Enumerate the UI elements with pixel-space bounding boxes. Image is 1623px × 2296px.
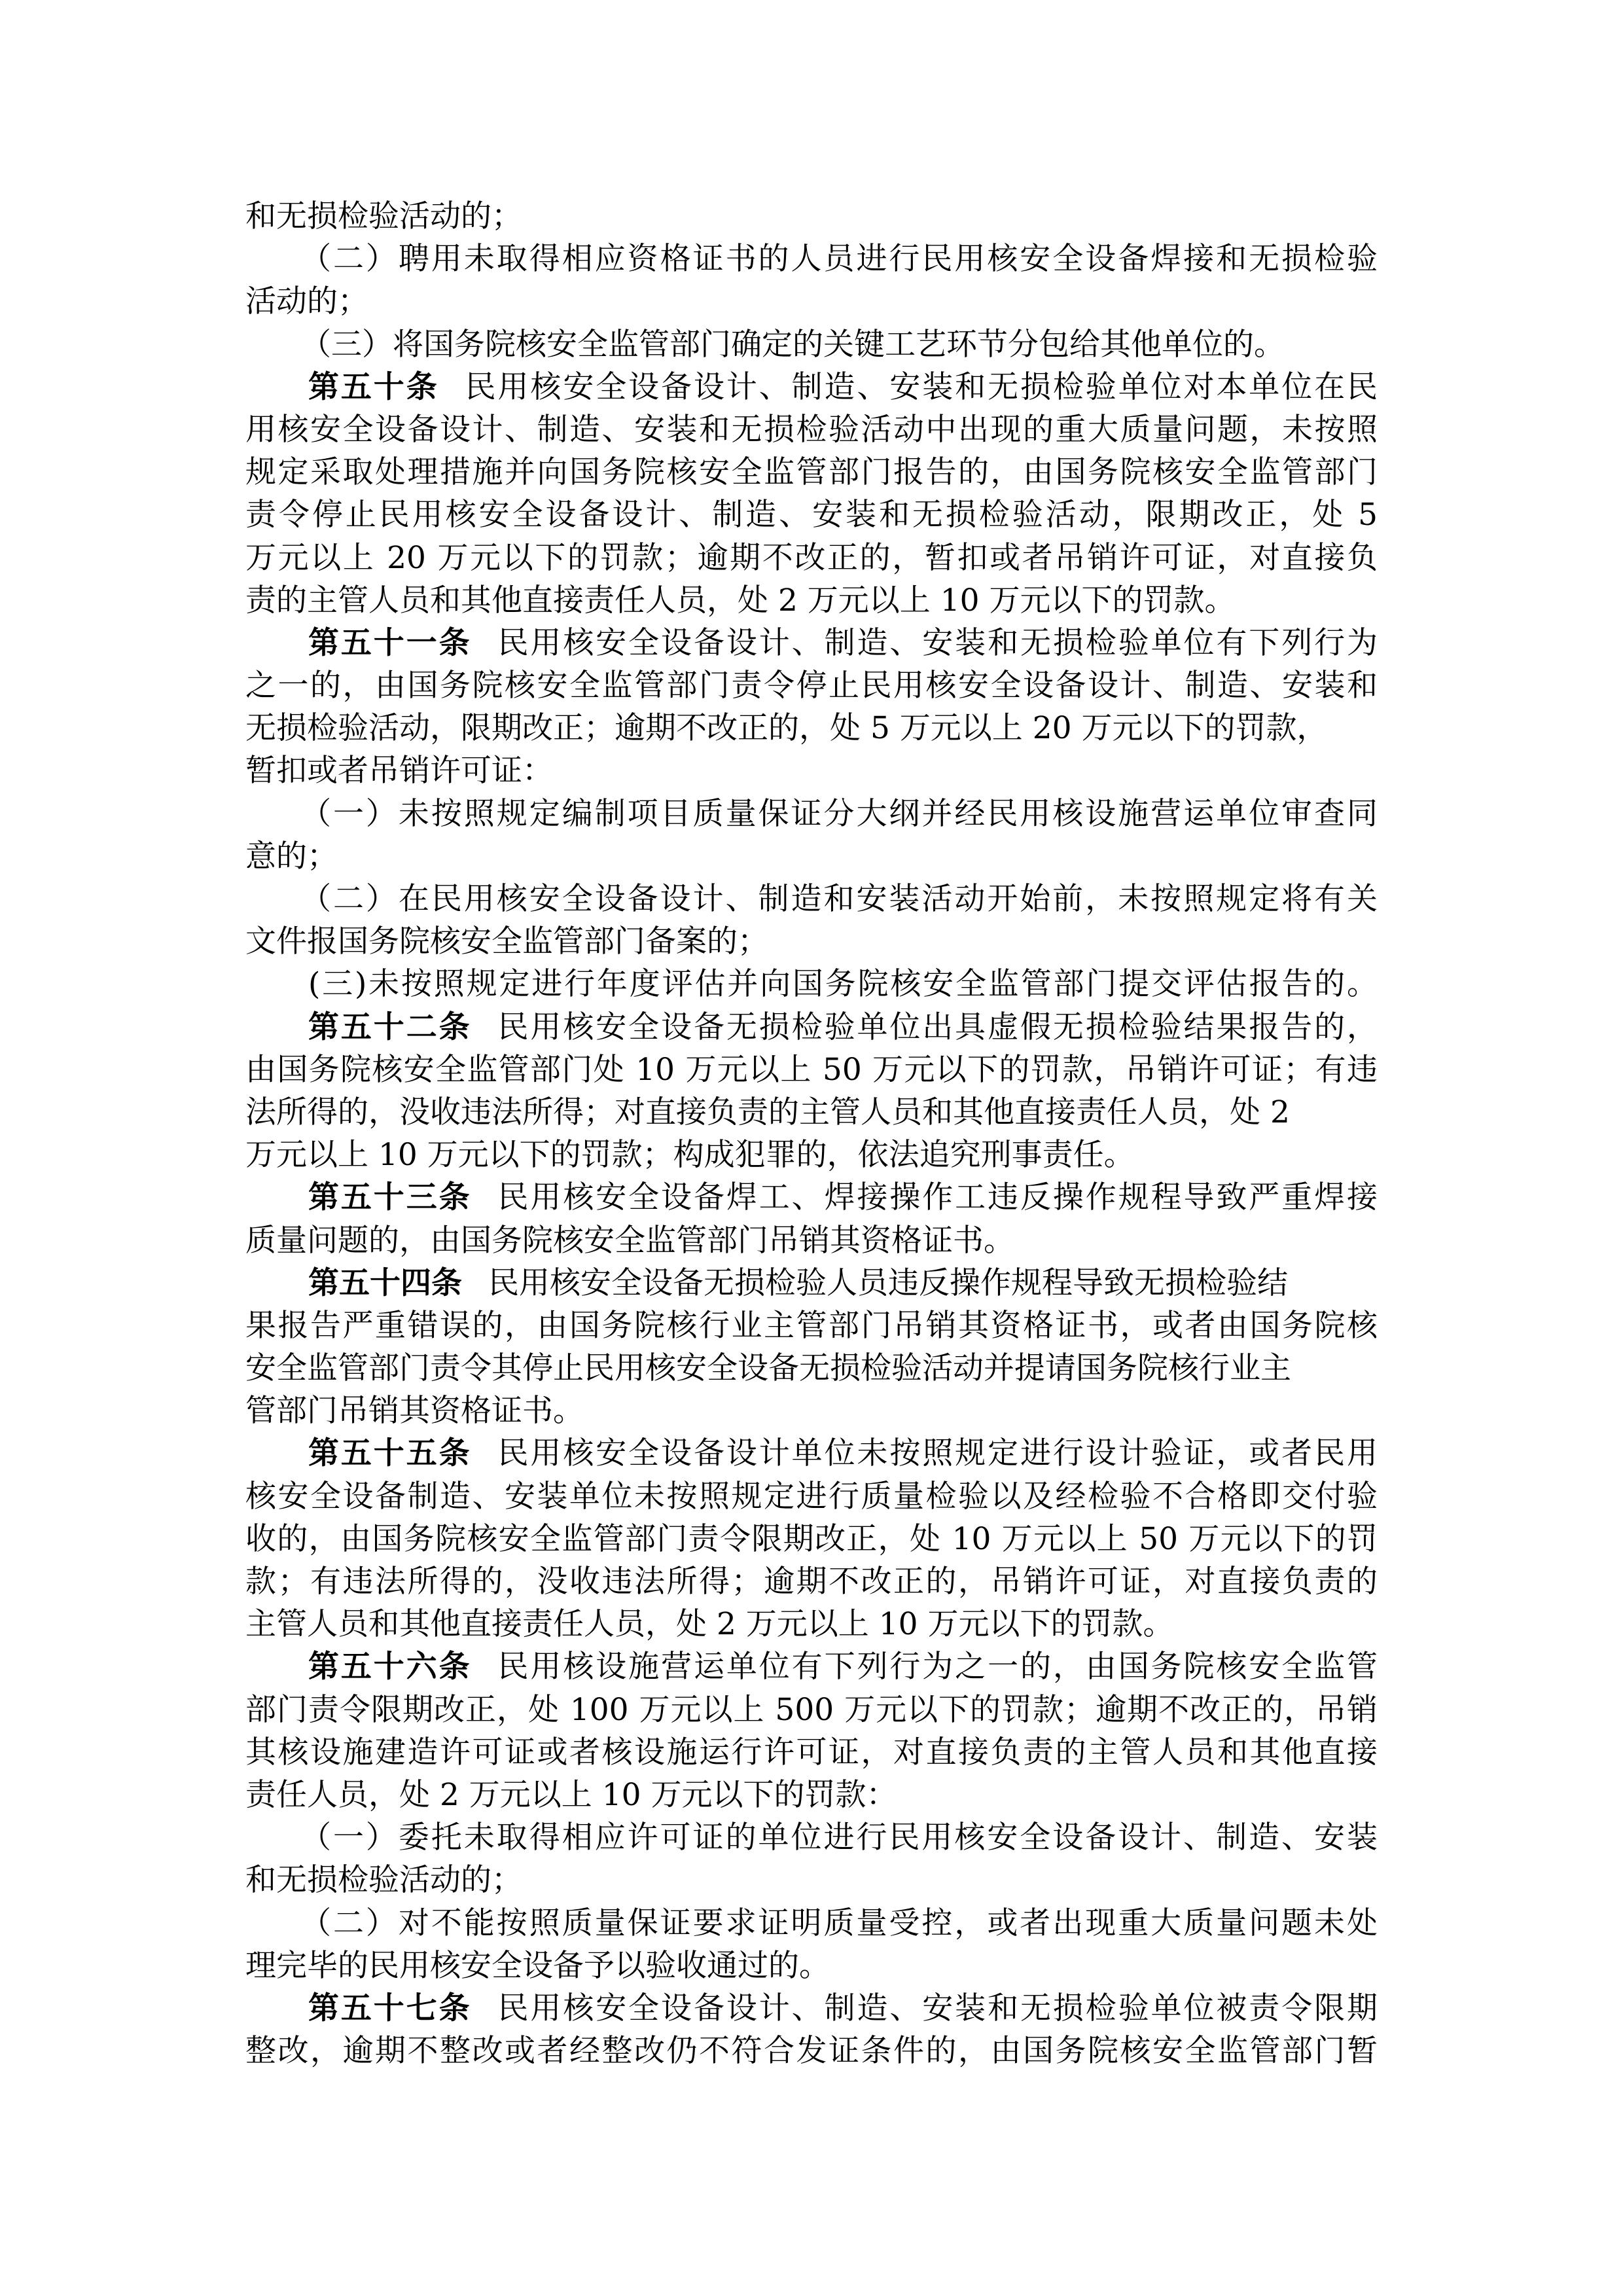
article-52-heading-line: 第五十二条民用核安全设备无损检验单位出具虚假无损检验结果报告的，: [245, 1006, 1378, 1049]
text-line: 万元以上 10 万元以下的罚款；构成犯罪的，依法追究刑事责任。: [245, 1134, 1378, 1176]
article-number: 第五十条: [308, 369, 439, 405]
text-line: 其核设施建造许可证或者核设施运行许可证，对直接负责的主管人员和其他直接: [245, 1731, 1378, 1774]
text-line: 文件报国务院核安全监管部门备案的；: [245, 920, 1378, 963]
article-number: 第五十三条: [308, 1179, 472, 1215]
text-line: 果报告严重错误的，由国务院核行业主管部门吊销其资格证书，或者由国务院核: [245, 1304, 1378, 1347]
text-line: 核安全设备制造、安装单位未按照规定进行质量检验以及经检验不合格即交付验: [245, 1475, 1378, 1518]
document-page: 和无损检验活动的； （二）聘用未取得相应资格证书的人员进行民用核安全设备焊接和无…: [245, 195, 1378, 2072]
text-line: 责任人员，处 2 万元以上 10 万元以下的罚款：: [245, 1774, 1378, 1816]
text-line: 暂扣或者吊销许可证：: [245, 749, 1378, 792]
text-line: 主管人员和其他直接责任人员，处 2 万元以上 10 万元以下的罚款。: [245, 1603, 1378, 1645]
list-item-2: （二）聘用未取得相应资格证书的人员进行民用核安全设备焊接和无损检验: [245, 238, 1378, 280]
text-line: 责令停止民用核安全设备设计、制造、安装和无损检验活动，限期改正，处 5: [245, 493, 1378, 536]
list-item-3: (三)未按照规定进行年度评估并向国务院核安全监管部门提交评估报告的。: [245, 963, 1378, 1005]
article-text: 民用核安全设备设计、制造、安装和无损检验单位被责令限期: [498, 1990, 1378, 2026]
article-text: 民用核安全设备无损检验单位出具虚假无损检验结果报告的，: [498, 1009, 1378, 1045]
article-text: 民用核安全设备焊工、焊接操作工违反操作规程导致严重焊接: [498, 1179, 1378, 1215]
text-line: 收的，由国务院核安全监管部门责令限期改正，处 10 万元以上 50 万元以下的罚: [245, 1518, 1378, 1560]
text-line: 用核安全设备设计、制造、安装和无损检验活动中出现的重大质量问题，未按照: [245, 408, 1378, 451]
text-line: 意的；: [245, 835, 1378, 878]
text-line: 质量问题的，由国务院核安全监管部门吊销其资格证书。: [245, 1219, 1378, 1262]
article-text: 民用核设施营运单位有下列行为之一的，由国务院核安全监管: [498, 1649, 1378, 1685]
article-55-heading-line: 第五十五条民用核安全设备设计单位未按照规定进行设计验证，或者民用: [245, 1432, 1378, 1475]
article-text: 民用核安全设备设计单位未按照规定进行设计验证，或者民用: [498, 1435, 1378, 1471]
text-line: 活动的；: [245, 280, 1378, 323]
list-item-1: （一）未按照规定编制项目质量保证分大纲并经民用核设施营运单位审查同: [245, 793, 1378, 835]
text-line: 管部门吊销其资格证书。: [245, 1390, 1378, 1432]
text-line: 由国务院核安全监管部门处 10 万元以上 50 万元以下的罚款，吊销许可证；有违: [245, 1049, 1378, 1091]
text-line: 无损检验活动，限期改正；逾期不改正的，处 5 万元以上 20 万元以下的罚款，: [245, 707, 1378, 749]
article-53-heading-line: 第五十三条民用核安全设备焊工、焊接操作工违反操作规程导致严重焊接: [245, 1176, 1378, 1219]
article-number: 第五十一条: [308, 625, 472, 661]
article-50-heading-line: 第五十条民用核安全设备设计、制造、安装和无损检验单位对本单位在民: [245, 366, 1378, 408]
article-text: 民用核安全设备设计、制造、安装和无损检验单位对本单位在民: [465, 369, 1378, 405]
text-line: 法所得的，没收违法所得；对直接负责的主管人员和其他直接责任人员，处 2: [245, 1091, 1378, 1134]
text-line: 整改，逾期不整改或者经整改仍不符合发证条件的，由国务院核安全监管部门暂: [245, 2030, 1378, 2072]
text-line: 理完毕的民用核安全设备予以验收通过的。: [245, 1945, 1378, 1987]
list-item-2: （二）对不能按照质量保证要求证明质量受控，或者出现重大质量问题未处: [245, 1902, 1378, 1945]
article-56-heading-line: 第五十六条民用核设施营运单位有下列行为之一的，由国务院核安全监管: [245, 1645, 1378, 1688]
text-line: 和无损检验活动的；: [245, 195, 1378, 238]
text-line: 安全监管部门责令其停止民用核安全设备无损检验活动并提请国务院核行业主: [245, 1347, 1378, 1390]
text-line: 部门责令限期改正，处 100 万元以上 500 万元以下的罚款；逾期不改正的，吊…: [245, 1689, 1378, 1731]
article-text: 民用核安全设备无损检验人员违反操作规程导致无损检验结: [488, 1265, 1288, 1301]
text-line: 规定采取处理措施并向国务院核安全监管部门报告的，由国务院核安全监管部门: [245, 451, 1378, 493]
article-number: 第五十七条: [308, 1990, 472, 2026]
text-line: 之一的，由国务院核安全监管部门责令停止民用核安全设备设计、制造、安装和: [245, 664, 1378, 707]
list-item-3: （三）将国务院核安全监管部门确定的关键工艺环节分包给其他单位的。: [245, 323, 1378, 366]
text-line: 万元以上 20 万元以下的罚款；逾期不改正的，暂扣或者吊销许可证，对直接负: [245, 537, 1378, 579]
text-line: 款；有违法所得的，没收违法所得；逾期不改正的，吊销许可证，对直接负责的: [245, 1560, 1378, 1603]
article-text: 民用核安全设备设计、制造、安装和无损检验单位有下列行为: [498, 625, 1378, 661]
article-number: 第五十二条: [308, 1009, 472, 1045]
text-line: 和无损检验活动的；: [245, 1859, 1378, 1901]
article-number: 第五十四条: [308, 1265, 462, 1301]
article-57-heading-line: 第五十七条民用核安全设备设计、制造、安装和无损检验单位被责令限期: [245, 1987, 1378, 2030]
list-item-2: （二）在民用核安全设备设计、制造和安装活动开始前，未按照规定将有关: [245, 878, 1378, 920]
text-line: 责的主管人员和其他直接责任人员，处 2 万元以上 10 万元以下的罚款。: [245, 579, 1378, 622]
list-item-1: （一）委托未取得相应许可证的单位进行民用核安全设备设计、制造、安装: [245, 1816, 1378, 1859]
article-54-heading-line: 第五十四条民用核安全设备无损检验人员违反操作规程导致无损检验结: [245, 1262, 1378, 1304]
article-51-heading-line: 第五十一条民用核安全设备设计、制造、安装和无损检验单位有下列行为: [245, 622, 1378, 664]
article-number: 第五十五条: [308, 1435, 472, 1471]
article-number: 第五十六条: [308, 1649, 472, 1685]
